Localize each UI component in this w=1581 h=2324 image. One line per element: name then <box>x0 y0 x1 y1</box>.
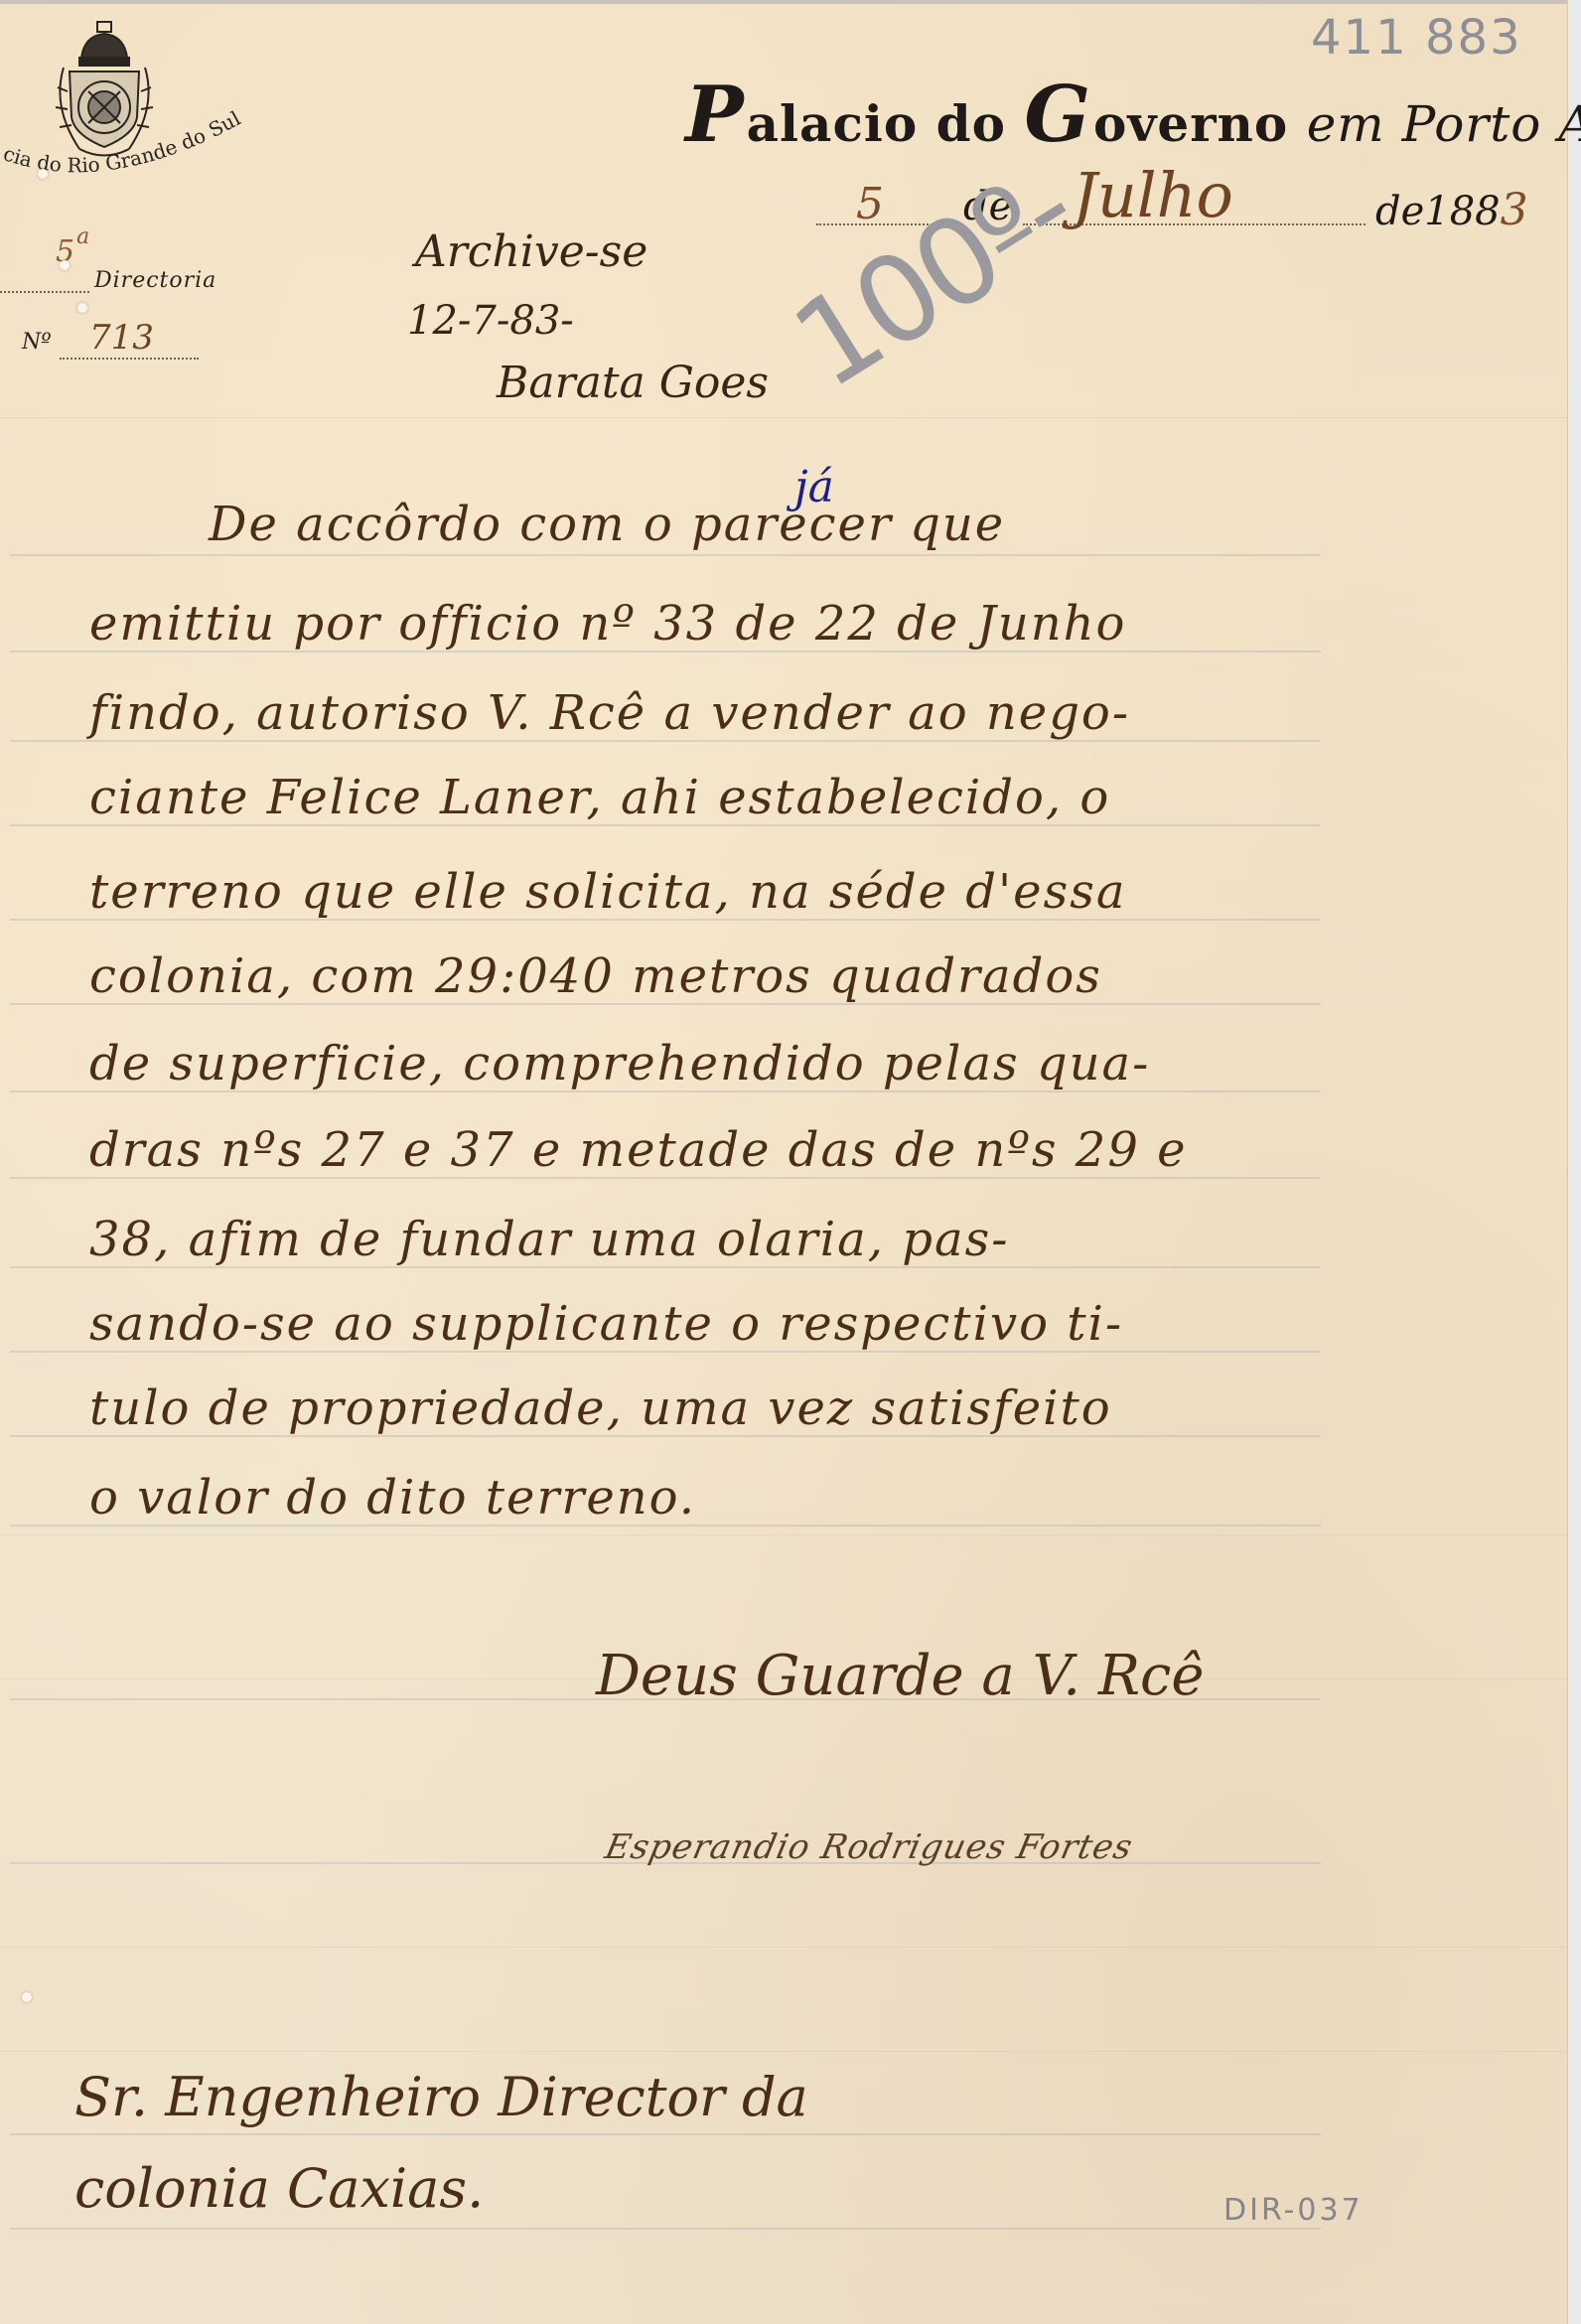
directoria-superscript: a <box>76 224 89 249</box>
dotted-fill-line <box>60 358 199 360</box>
signature: Esperandio Rodrigues Fortes <box>602 1827 1137 1867</box>
body-line: colonia, com 29:040 metros quadrados <box>89 948 1102 1004</box>
ruled-line <box>10 2228 1321 2230</box>
ruled-line <box>10 554 1321 556</box>
body-line: 38, afim de fundar uma olaria, pas- <box>89 1212 1009 1267</box>
punch-hole <box>77 303 87 313</box>
letterhead-word: overno <box>1093 94 1288 153</box>
addressee-line: Sr. Engenheiro Director da <box>74 2066 808 2128</box>
page-top-edge <box>0 0 1567 4</box>
pencil-annotation: 100º- <box>771 142 1095 416</box>
letterhead-title: Palacio do Governo em Porto Alegre, <box>685 70 1581 160</box>
letterhead-initial: G <box>1024 70 1091 160</box>
punch-hole <box>60 260 70 270</box>
archive-date: 12-7-83- <box>407 298 574 344</box>
body-line: dras nºs 27 e 37 e metade das de nºs 29 … <box>89 1122 1188 1178</box>
punch-hole <box>22 1992 32 2002</box>
body-line: ciante Felice Laner, ahi estabelecido, o <box>89 770 1110 825</box>
date-de: de <box>1375 189 1424 234</box>
letterhead-initial: P <box>685 70 745 160</box>
body-line: o valor do dito terreno. <box>89 1470 696 1525</box>
document-page: cia do Rio Grande do Sul 5a Directoria N… <box>0 0 1568 2324</box>
letterhead-city: em Porto Alegre, <box>1307 95 1581 153</box>
svg-text:cia do Rio Grande do Sul: cia do Rio Grande do Sul <box>0 106 244 178</box>
body-line: emittiu por officio nº 33 de 22 de Junho <box>89 596 1126 652</box>
province-name: cia do Rio Grande do Sul <box>0 99 258 218</box>
body-line: de superficie, comprehendido pelas qua- <box>89 1036 1150 1091</box>
paper-rule <box>0 417 1567 418</box>
date-year: de1883 <box>1375 185 1528 235</box>
numero-label: Nº <box>22 330 52 355</box>
addressee-line: colonia Caxias. <box>74 2157 484 2220</box>
reference-number: 883 <box>1425 10 1522 66</box>
closing-salutation: Deus Guarde a V. Rcê <box>596 1644 1205 1708</box>
paper-rule <box>0 1534 1567 1535</box>
reference-number: 411 <box>1311 10 1408 66</box>
body-line: findo, autoriso V. Rcê a vender ao nego- <box>89 685 1130 741</box>
date-day: 5 <box>856 179 884 229</box>
ruled-line <box>10 2133 1321 2135</box>
archive-note: Archive-se <box>415 226 647 277</box>
body-line: terreno que elle solicita, na séde d'ess… <box>89 864 1126 920</box>
date-year-digit: 3 <box>1501 185 1528 235</box>
body-line: sando-se ao supplicante o respectivo ti- <box>89 1296 1123 1352</box>
archive-signature: Barata Goes <box>497 358 769 408</box>
date-year-printed: 188 <box>1424 189 1500 234</box>
province-text: cia do Rio Grande do Sul <box>0 106 244 178</box>
letterhead-word: alacio do <box>747 94 1006 153</box>
paper-rule <box>0 2051 1567 2052</box>
punch-hole <box>38 169 48 179</box>
numero-value: 713 <box>89 318 154 358</box>
paper-rule <box>0 1947 1567 1948</box>
archive-code: DIR-037 <box>1223 2193 1364 2228</box>
body-line: De accôrdo com o parecer que <box>209 497 1005 552</box>
dotted-fill-line <box>0 291 89 293</box>
directoria-label: Directoria <box>94 268 216 293</box>
date-month: Julho <box>1073 159 1233 231</box>
body-line: tulo de propriedade, uma vez satisfeito <box>89 1380 1112 1436</box>
